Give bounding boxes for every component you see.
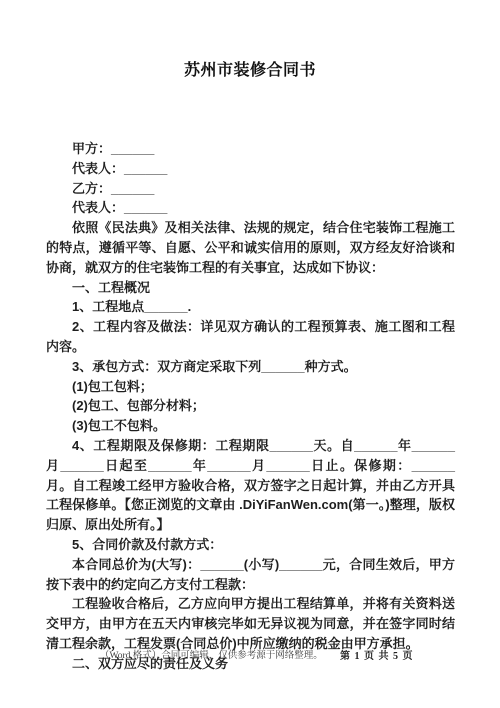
item-2-project-content: 2、工程内容及做法：详见双方确认的工程预算表、施工图和工程内容。	[46, 317, 455, 357]
page-footer: （Word 格式）合同可编辑，仅供参考源于网络整理。 第 1 页 共 5 页	[0, 650, 500, 664]
option-3-labor-only: (3)包工不包料。	[46, 416, 455, 436]
party-b-line: 乙方：______	[46, 179, 455, 199]
option-2-labor-partial-materials: (2)包工、包部分材料；	[46, 396, 455, 416]
party-a-line: 甲方：______	[46, 139, 455, 159]
item-1-project-location: 1、工程地点______.	[46, 297, 455, 317]
document-body: 甲方：______ 代表人：______ 乙方：______ 代表人：_____…	[46, 139, 455, 674]
preamble-paragraph: 依照《民法典》及相关法律、法规的规定，结合住宅装饰工程施工的特点，遵循平等、自愿…	[46, 218, 455, 277]
party-a-representative: 代表人：______	[46, 159, 455, 179]
party-b-representative: 代表人：______	[46, 198, 455, 218]
option-1-labor-and-materials: (1)包工包料；	[46, 377, 455, 397]
total-price-paragraph: 本合同总价为(大写)：______(小写)______元，合同生效后，甲方按下表…	[46, 555, 455, 595]
contract-document-page: 苏州市装修合同书 甲方：______ 代表人：______ 乙方：______ …	[0, 0, 500, 708]
item-3-contract-method: 3、承包方式：双方商定采取下列______种方式。	[46, 357, 455, 377]
settlement-paragraph: 工程验收合格后，乙方应向甲方提出工程结算单，并将有关资料送交甲方，由甲方在五天内…	[46, 594, 455, 653]
item-4-duration-warranty: 4、工程期限及保修期：工程期限______天。自______年______月__…	[46, 436, 455, 535]
document-title: 苏州市装修合同书	[0, 0, 500, 81]
footer-note: （Word 格式）合同可编辑，仅供参考源于网络整理。	[100, 650, 323, 663]
item-5-price-payment-heading: 5、合同价款及付款方式：	[46, 535, 455, 555]
section-1-heading: 一、工程概况	[46, 278, 455, 298]
page-number: 第 1 页 共 5 页	[340, 650, 414, 663]
